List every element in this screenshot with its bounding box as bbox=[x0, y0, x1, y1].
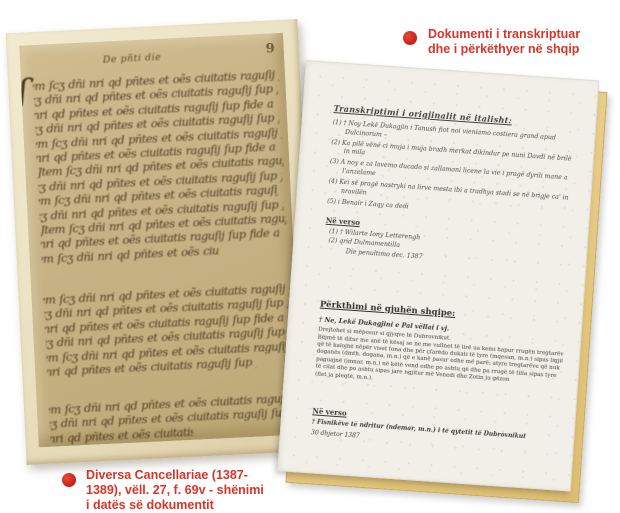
manuscript-text-block-1: Jtem ſcʒ dñi nri qd pñtes et oẽs ciuitat… bbox=[33, 67, 288, 266]
callout-bottom-line-2: 1389), vëll. 27, f. 69v - shënimi bbox=[86, 483, 336, 498]
callout-transcribed-document: Dokumenti i transkriptuar dhe i përkëthy… bbox=[428, 27, 618, 57]
manuscript-text-block-3: Jtem ſcʒ dñi nri qd pñtes et oẽs ciuitat… bbox=[49, 391, 297, 446]
manuscript-text-block-2: Jtem ſcʒ dñi nri qd pñtes et oẽs ciuitat… bbox=[43, 281, 293, 379]
callout-top-line-2: dhe i përkëthyer në shqip bbox=[428, 42, 618, 57]
manuscript-paper: De pñti die 9 ʃ Jtem ſcʒ dñi nri qd pñte… bbox=[19, 33, 302, 447]
initial-flourish: ʃ bbox=[19, 71, 29, 111]
bullet-icon bbox=[403, 31, 417, 45]
folio-number: 9 bbox=[265, 41, 275, 56]
callout-bottom-line-3: i datës së dokumentit bbox=[86, 498, 336, 513]
bullet-icon bbox=[62, 473, 76, 487]
manuscript-photo: De pñti die 9 ʃ Jtem ſcʒ dñi nri qd pñte… bbox=[6, 19, 319, 465]
callout-archive-reference: Diversa Cancellariae (1387- 1389), vëll.… bbox=[86, 468, 336, 513]
transcript-page: Transkriptimi i origjinalit në italisht:… bbox=[277, 60, 599, 492]
manuscript-header-note: De pñti die bbox=[20, 48, 244, 70]
scan-figure: De pñti die 9 ʃ Jtem ſcʒ dñi nri qd pñte… bbox=[0, 0, 620, 513]
transcript-page-wrap: Transkriptimi i origjinalit në italisht:… bbox=[277, 60, 597, 489]
callout-bottom-line-1: Diversa Cancellariae (1387- bbox=[86, 468, 336, 483]
callout-top-line-1: Dokumenti i transkriptuar bbox=[428, 27, 618, 42]
transcript-content: Transkriptimi i origjinalit në italisht:… bbox=[311, 103, 580, 453]
